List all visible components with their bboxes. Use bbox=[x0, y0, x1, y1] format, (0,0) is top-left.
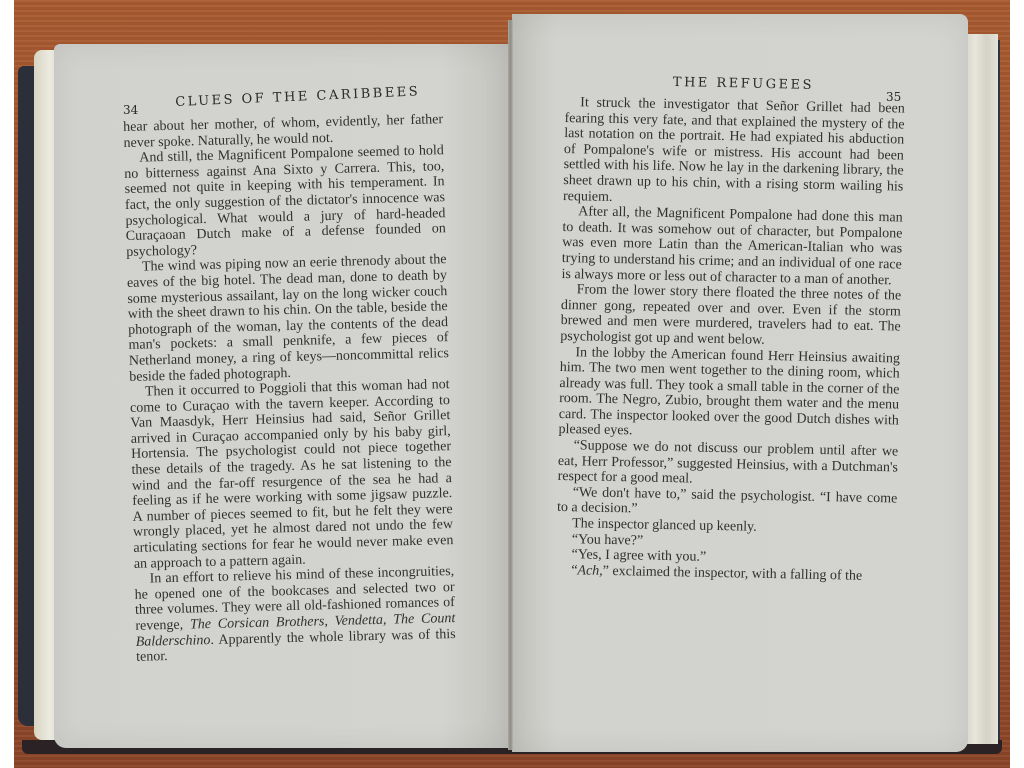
paragraph: In an effort to relieve his mind of thes… bbox=[134, 564, 456, 665]
paragraph: In the lobby the American found Herr Hei… bbox=[558, 344, 900, 444]
left-page-body: hear about her mother, of whom, evidentl… bbox=[123, 112, 456, 665]
paragraph: From the lower story there floated the t… bbox=[560, 282, 901, 351]
paragraph: After all, the Magnificent Pompalone had… bbox=[561, 204, 902, 288]
italic-word: Ach, bbox=[577, 563, 603, 578]
right-running-head: THE REFUGEES bbox=[673, 75, 814, 93]
left-page-number: 34 bbox=[123, 103, 138, 117]
book-gutter bbox=[508, 20, 513, 750]
paragraph: “Suppose we do not discuss our problem u… bbox=[558, 438, 899, 491]
paragraph: And still, the Magnificent Pompalone see… bbox=[124, 143, 447, 260]
paragraph: The wind was piping now an eerie threnod… bbox=[126, 252, 449, 385]
paragraph: It struck the investigator that Señor Gr… bbox=[563, 95, 905, 211]
right-page-body: It struck the investigator that Señor Gr… bbox=[556, 95, 905, 585]
paragraph: Then it occurred to Poggioli that this w… bbox=[129, 377, 453, 572]
